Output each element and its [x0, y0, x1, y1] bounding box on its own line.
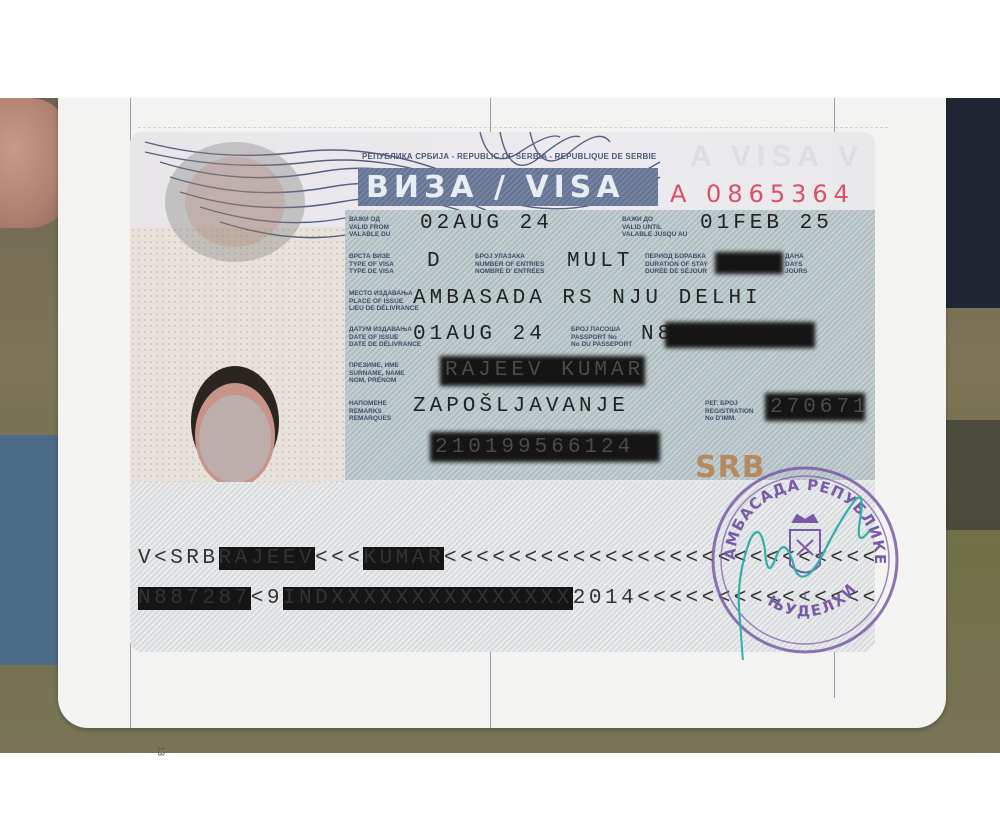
svg-text:ЊУДЕЛХИ: ЊУДЕЛХИ [765, 579, 861, 620]
registration-label: РЕГ. БРОЈ REGISTRATION No D'IMM. [705, 400, 754, 423]
remarks-value: ZAPOŠLJAVANJE [413, 395, 629, 418]
mrz-line-1-prefix: V<SRB [138, 547, 219, 570]
passport-no-redaction [665, 322, 815, 348]
stamp-bottom-text: ЊУДЕЛХИ [765, 579, 861, 620]
registration-redacted-text: 270671 [770, 396, 870, 419]
visa-title-band: ВИЗА / VISA [358, 168, 658, 206]
perforation-line [138, 127, 888, 128]
stamp-number: I [803, 589, 806, 603]
valid-until-value: 01FEB 25 [700, 212, 833, 235]
mrz-line-2-mid: <9 [251, 587, 283, 610]
bottom-margin [0, 753, 1000, 838]
remarks-label: НАПОМЕНЕ REMARKS REMARQUES [349, 400, 391, 423]
duration-label: ПЕРИОД БОРАВКА DURATION OF STAY DURÉE DE… [645, 253, 708, 276]
days-label: ДАНА DAYS JOURS [785, 253, 807, 276]
place-of-issue-value: AMBASADA RS NJU DELHI [413, 287, 762, 310]
mrz-line-1-name-redacted: KUMAR [363, 547, 444, 570]
visa-watermark: A VISA V [690, 140, 864, 174]
visa-fields-panel: ВАЖИ ОД VALID FROM VALABLE DU 02AUG 24 В… [345, 210, 875, 480]
mrz-line-1-separator: <<< [315, 547, 363, 570]
page-number: 13 [156, 746, 166, 756]
name-redacted-text: RAJEEV KUMAR [445, 359, 644, 382]
date-of-issue-value: 01AUG 24 [413, 323, 546, 346]
valid-until-label: ВАЖИ ДО VALID UNTIL VALABLE JUSQU AU [622, 216, 687, 239]
duration-redaction [715, 252, 783, 274]
mrz-line-2-mid-redacted: INDXXXXXXXXXXXXXXX [283, 587, 573, 610]
mrz-line-2-passport-redacted: N887287 [138, 587, 251, 610]
mrz-line-1-surname-redacted: RAJEEV [219, 547, 316, 570]
passport-no-label: БРОЈ ПАСОША PASSPORT No No DU PASSEPORT [571, 326, 632, 349]
surname-name-label: ПРЕЗИМЕ, ИМЕ SURNAME, NAME NOM, PRÉNOM [349, 362, 405, 385]
photo-area [130, 227, 345, 482]
visa-title: ВИЗА / VISA [366, 170, 625, 205]
valid-from-label: ВАЖИ ОД VALID FROM VALABLE DU [349, 216, 390, 239]
background-jeans [0, 435, 60, 665]
extra-number-redacted-text: 210199566124 [435, 436, 634, 459]
type-of-visa-label: ВРСТА ВИЗЕ TYPE OF VISA TYPE DE VISA [349, 253, 394, 276]
valid-from-value: 02AUG 24 [420, 212, 553, 235]
embassy-stamp: АМБАСАДА РЕПУБЛИКЕ СРБИЈЕ ЊУДЕЛХИ I [705, 460, 905, 660]
background-shadow [940, 420, 1000, 530]
entries-value: MULT [567, 250, 633, 273]
date-of-issue-label: ДАТУМ ИЗДАВАЊА DATE OF ISSUE DATE DE DÉL… [349, 326, 421, 349]
type-of-visa-value: D [427, 250, 444, 273]
issuer-line: РЕПУБЛИКА СРБИЈА - REPUBLIC OF SERBIA - … [362, 152, 656, 161]
visa-serial-number: A 0865364 [670, 180, 855, 208]
coat-of-arms-icon [790, 515, 820, 573]
place-of-issue-label: МЕСТО ИЗДАВАЊА PLACE OF ISSUE LIEU DE DÉ… [349, 290, 419, 313]
entries-label: БРОЈ УЛАЗАКА NUMBER OF ENTRIES NOMBRE D'… [475, 253, 544, 276]
